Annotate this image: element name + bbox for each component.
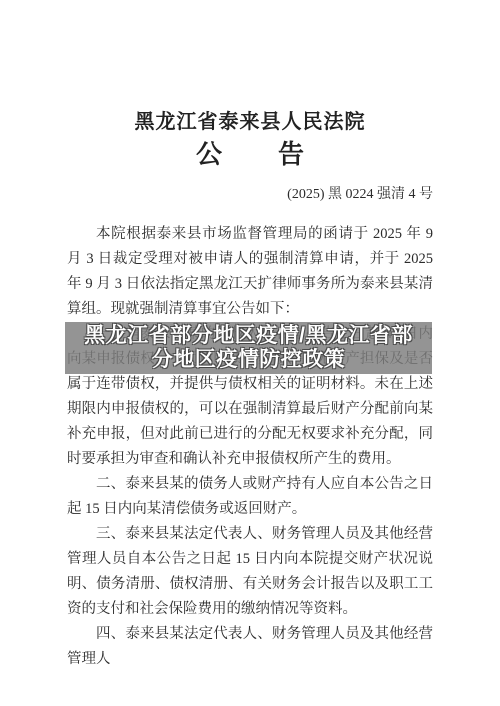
document-page: 黑龙江省泰来县人民法院 公告 (2025) 黑 0224 强清 4 号 本院根据…: [0, 0, 500, 706]
case-number: (2025) 黑 0224 强清 4 号: [67, 185, 433, 205]
paragraph-intro: 本院根据泰来县市场监督管理局的函请于 2025 年 9 月 3 日裁定受理对被申…: [67, 222, 433, 322]
announcement-body: 本院根据泰来县市场监督管理局的函请于 2025 年 9 月 3 日裁定受理对被申…: [67, 222, 433, 672]
watermark-overlay-banner: 黑龙江省部分地区疫情/黑龙江省部 分地区疫情防控政策: [65, 322, 432, 374]
announcement-title: 公告: [67, 140, 433, 170]
document-content: 黑龙江省泰来县人民法院 公告 (2025) 黑 0224 强清 4 号 本院根据…: [67, 110, 433, 672]
announcement-title-char-right: 告: [278, 140, 304, 169]
paragraph-item-2: 二、泰来县某的债务人或财产持有人应自本公告之日起 15 日内向某清偿债务或返回财…: [67, 472, 433, 522]
announcement-title-char-left: 公: [196, 140, 222, 169]
watermark-overlay-text-line2: 分地区疫情防控政策: [152, 348, 346, 372]
paragraph-item-4: 四、泰来县某法定代表人、财务管理人员及其他经营管理人: [67, 622, 433, 672]
watermark-overlay-text-line1: 黑龙江省部分地区疫情/黑龙江省部: [84, 324, 413, 348]
court-name-heading: 黑龙江省泰来县人民法院: [67, 110, 433, 134]
paragraph-item-3: 三、泰来县某法定代表人、财务管理人员及其他经营管理人员自本公告之日起 15 日内…: [67, 522, 433, 622]
